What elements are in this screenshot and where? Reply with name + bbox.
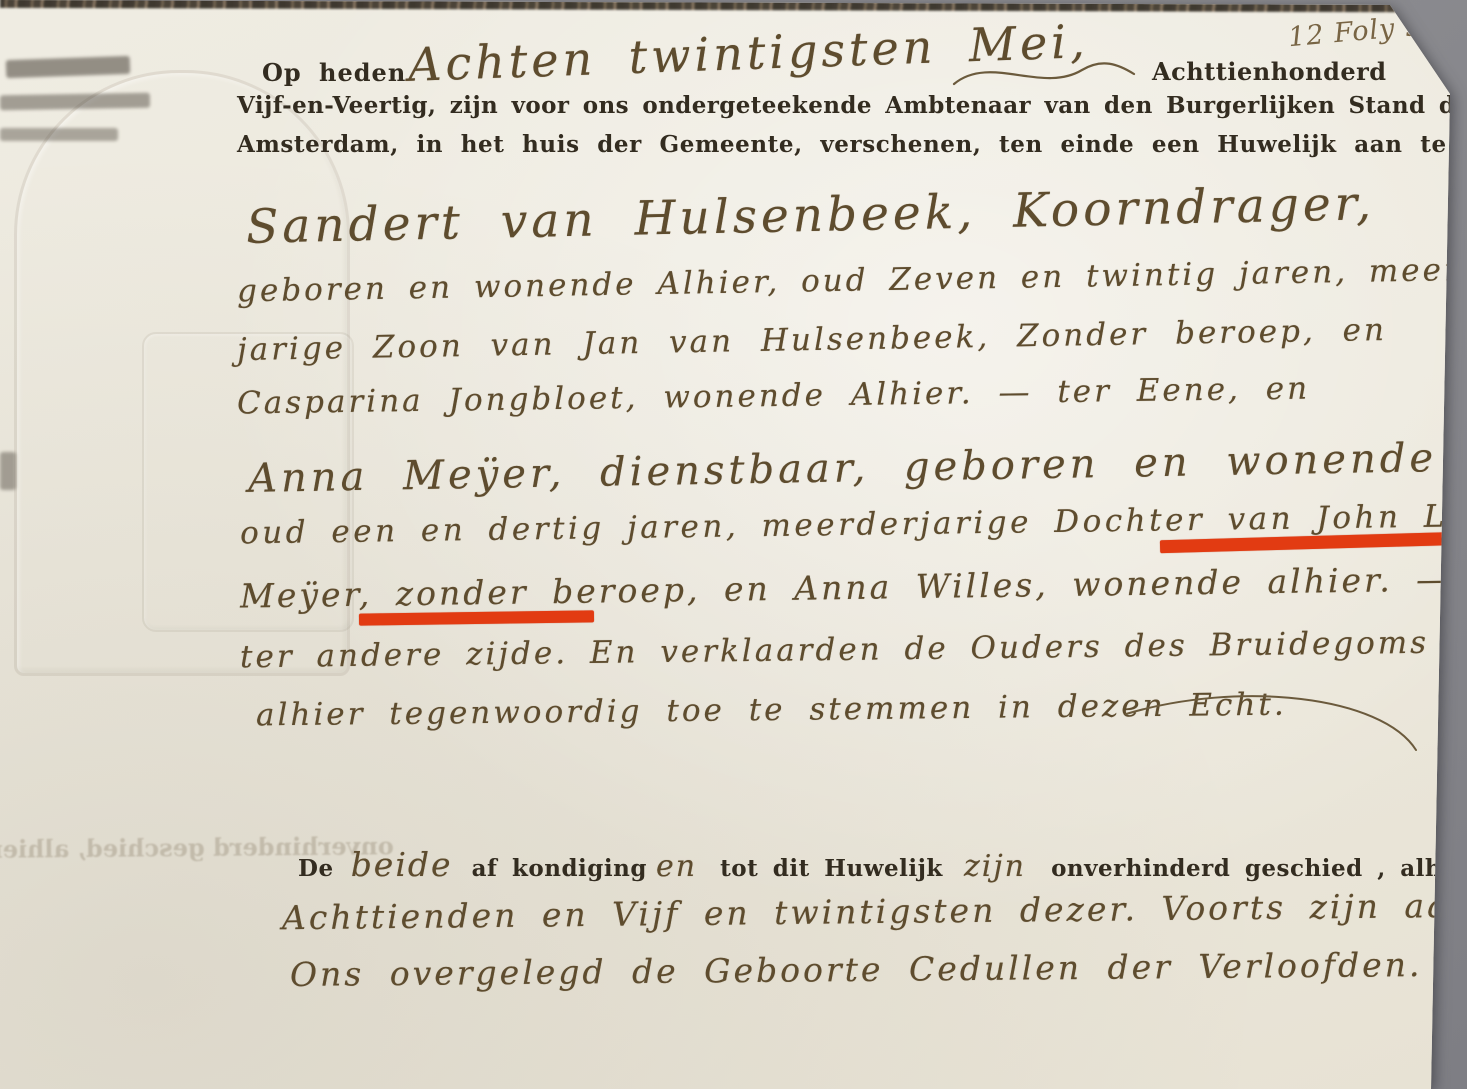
printed-op-heden: Op heden: [262, 58, 406, 87]
printed-intro-line2: Vijf-en-Veertig, zijn voor ons ondergete…: [237, 92, 1467, 119]
folio-note: 12 Foly 9.: [1287, 10, 1434, 53]
printed-onverhinderd: onverhinderd geschied , alhier: [1051, 855, 1467, 882]
bleedthrough-mark: [0, 128, 118, 141]
page-edge-fringe: [0, 0, 1398, 12]
handwritten-banns-line2: Achttienden en Vijf en twintigsten dezer…: [282, 886, 1467, 937]
printed-de: De: [298, 855, 334, 882]
ink-flourish: [950, 52, 1140, 97]
handwritten-bride-line3: Meÿer, zonder beroep, en Anna Willes, wo…: [240, 560, 1453, 616]
red-underline-2: [359, 610, 594, 625]
paper-wrapper: onverhinderd geschied, alhier 12 Foly 9.…: [0, 0, 1467, 1089]
printed-intro-line3: Amsterdam, in het huis der Gemeente, ver…: [237, 131, 1467, 158]
printed-tot-dit-huwelijk: tot dit Huwelijk: [720, 855, 943, 882]
banns-line1: De beide af kondiging en tot dit Huwelij…: [298, 845, 1467, 884]
hw-en: en: [656, 849, 697, 884]
handwritten-banns-line3: Ons overgelegd de Geboorte Cedullen der …: [290, 945, 1423, 994]
ink-flourish: [1120, 688, 1430, 778]
bleedthrough-mark: [0, 452, 16, 490]
printed-achttienhonderd: Achttienhonderd: [1152, 57, 1387, 86]
handwritten-groom-line4: Casparina Jongbloet, wonende Alhier. — t…: [237, 371, 1311, 422]
handwritten-bride-name-line: Anna Meÿer, dienstbaar, geboren en wonen…: [248, 432, 1467, 502]
document-scan: onverhinderd geschied, alhier 12 Foly 9.…: [0, 0, 1467, 1089]
handwritten-bride-line4: ter andere zijde. En verklaarden de Oude…: [240, 625, 1429, 676]
paper: onverhinderd geschied, alhier 12 Foly 9.…: [0, 0, 1467, 1089]
bleedthrough-mark: [0, 93, 150, 111]
handwritten-groom-line2: geboren en wonende Alhier, oud Zeven en …: [237, 251, 1467, 310]
handwritten-groom-line3: jarige Zoon van Jan van Hulsenbeek, Zond…: [237, 312, 1387, 368]
bleedthrough-mark: [6, 56, 131, 78]
hw-beide: beide: [351, 845, 453, 884]
hw-zijn: zijn: [964, 849, 1026, 884]
printed-afkondiging: af kondiging: [472, 855, 647, 882]
handwritten-groom-name-line: Sandert van Hulsenbeek, Koorndrager,: [246, 176, 1376, 255]
